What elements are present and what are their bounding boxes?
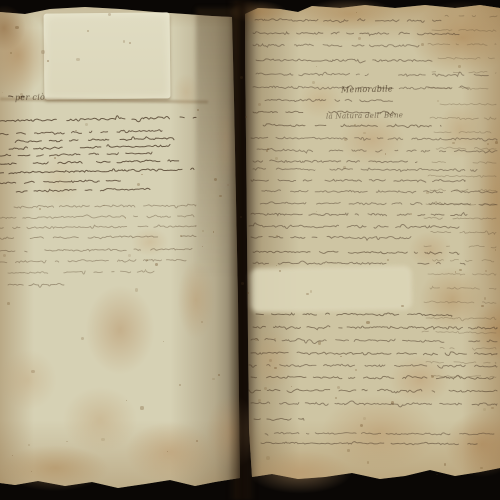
- handwritten-line-right-margin: [428, 43, 496, 45]
- handwritten-line-left-faded: [8, 271, 154, 274]
- handwritten-line-right-main: [251, 338, 497, 343]
- handwritten-line-right-margin: [434, 132, 496, 133]
- handwritten-line-right-main: [251, 236, 421, 240]
- handwritten-line-right-margin: [428, 273, 496, 275]
- handwritten-line-right-main: [263, 124, 441, 128]
- legible-word-memorabile: Memorabile: [341, 85, 393, 95]
- handwritten-line-right-margin: [428, 175, 496, 177]
- handwritten-line-right-main: [251, 179, 465, 182]
- book-gutter-shadow: [228, 0, 256, 500]
- handwritten-line-right-margin: [431, 375, 496, 377]
- handwritten-line-right-main: [256, 59, 432, 63]
- handwritten-line-left-main: [0, 168, 194, 174]
- handwritten-line-right-main: [265, 99, 404, 102]
- handwritten-line-right-margin: [424, 217, 496, 219]
- handwritten-line-left-main: [0, 130, 162, 135]
- handwritten-line-right-main: [253, 44, 419, 47]
- handwritten-line-right-main: [253, 32, 459, 36]
- handwritten-line-right-margin: [440, 103, 496, 105]
- handwritten-line-right-margin: [432, 161, 496, 163]
- handwritten-line-left-main: [9, 144, 170, 149]
- handwritten-line-right-margin: [432, 72, 496, 74]
- handwritten-line-left-main: [16, 188, 150, 192]
- handwritten-line-right-margin: [436, 147, 496, 150]
- handwritten-line-right-main: [262, 190, 497, 193]
- legible-word-per-cio: per ciò: [15, 93, 45, 103]
- handwritten-line-right-main: [251, 352, 497, 356]
- handwritten-line-right-main: [253, 168, 477, 172]
- handwritten-line-right-main: [253, 326, 497, 330]
- handwritten-line-right-margin: [426, 317, 496, 321]
- handwritten-line-left-main: [0, 180, 132, 184]
- handwritten-line-left-faded: [0, 259, 186, 262]
- handwritten-line-right-main: [261, 442, 477, 445]
- handwritten-line-right-main: [257, 148, 497, 153]
- handwritten-line-right-main: [249, 223, 459, 229]
- handwritten-line-right-main: [253, 160, 417, 163]
- handwritten-line-right-main: [251, 213, 467, 216]
- handwritten-line-right-margin: [440, 347, 496, 350]
- handwritten-line-left-faded: [0, 248, 192, 251]
- handwritten-line-right-margin: [430, 117, 496, 120]
- handwritten-line-right-margin: [430, 189, 496, 191]
- handwritten-line-left-main: [15, 137, 174, 143]
- handwritten-line-left-faded: [0, 215, 194, 219]
- handwritten-line-right-margin: [438, 57, 496, 59]
- handwritten-line-right-main: [251, 137, 497, 141]
- handwritten-line-left-faded: [0, 225, 196, 229]
- handwritten-line-right-main: [249, 389, 497, 393]
- handwritten-line-left-faded: [14, 204, 196, 208]
- handwritten-line-right-main: [253, 251, 459, 254]
- handwritten-line-left-main: [0, 116, 196, 122]
- handwritten-line-right-margin: [426, 361, 496, 363]
- handwritten-line-right-main: [251, 401, 497, 407]
- handwritten-line-right-main: [265, 432, 497, 435]
- legible-word-natura: la Natura dell' Bene: [326, 111, 403, 120]
- handwritten-line-right-main: [253, 261, 465, 265]
- handwritten-line-right-margin: [445, 15, 497, 17]
- handwritten-line-right-margin: [424, 245, 496, 248]
- handwritten-line-right-margin: [432, 29, 496, 31]
- handwritten-line-right-main: [256, 313, 452, 316]
- handwritten-line-right-margin: [430, 287, 496, 290]
- handwritten-line-right-margin: [431, 231, 496, 234]
- handwritten-line-right-main: [251, 375, 497, 379]
- handwritten-line-right-margin: [422, 331, 496, 334]
- handwritten-line-right-main: [254, 418, 304, 420]
- handwritten-line-right-margin: [433, 259, 496, 261]
- manuscript-photo: per ciò Memorabile la Natura dell' Bene: [0, 0, 500, 500]
- handwritten-line-left-faded: [0, 235, 196, 239]
- handwritten-line-right-main: [249, 364, 497, 368]
- handwritten-line-right-main: [255, 19, 441, 23]
- handwritten-line-left-faded: [8, 283, 64, 287]
- handwritten-line-right-margin: [424, 301, 496, 303]
- handwritten-line-left-main: [0, 152, 152, 156]
- handwritten-line-left-main: [0, 160, 188, 165]
